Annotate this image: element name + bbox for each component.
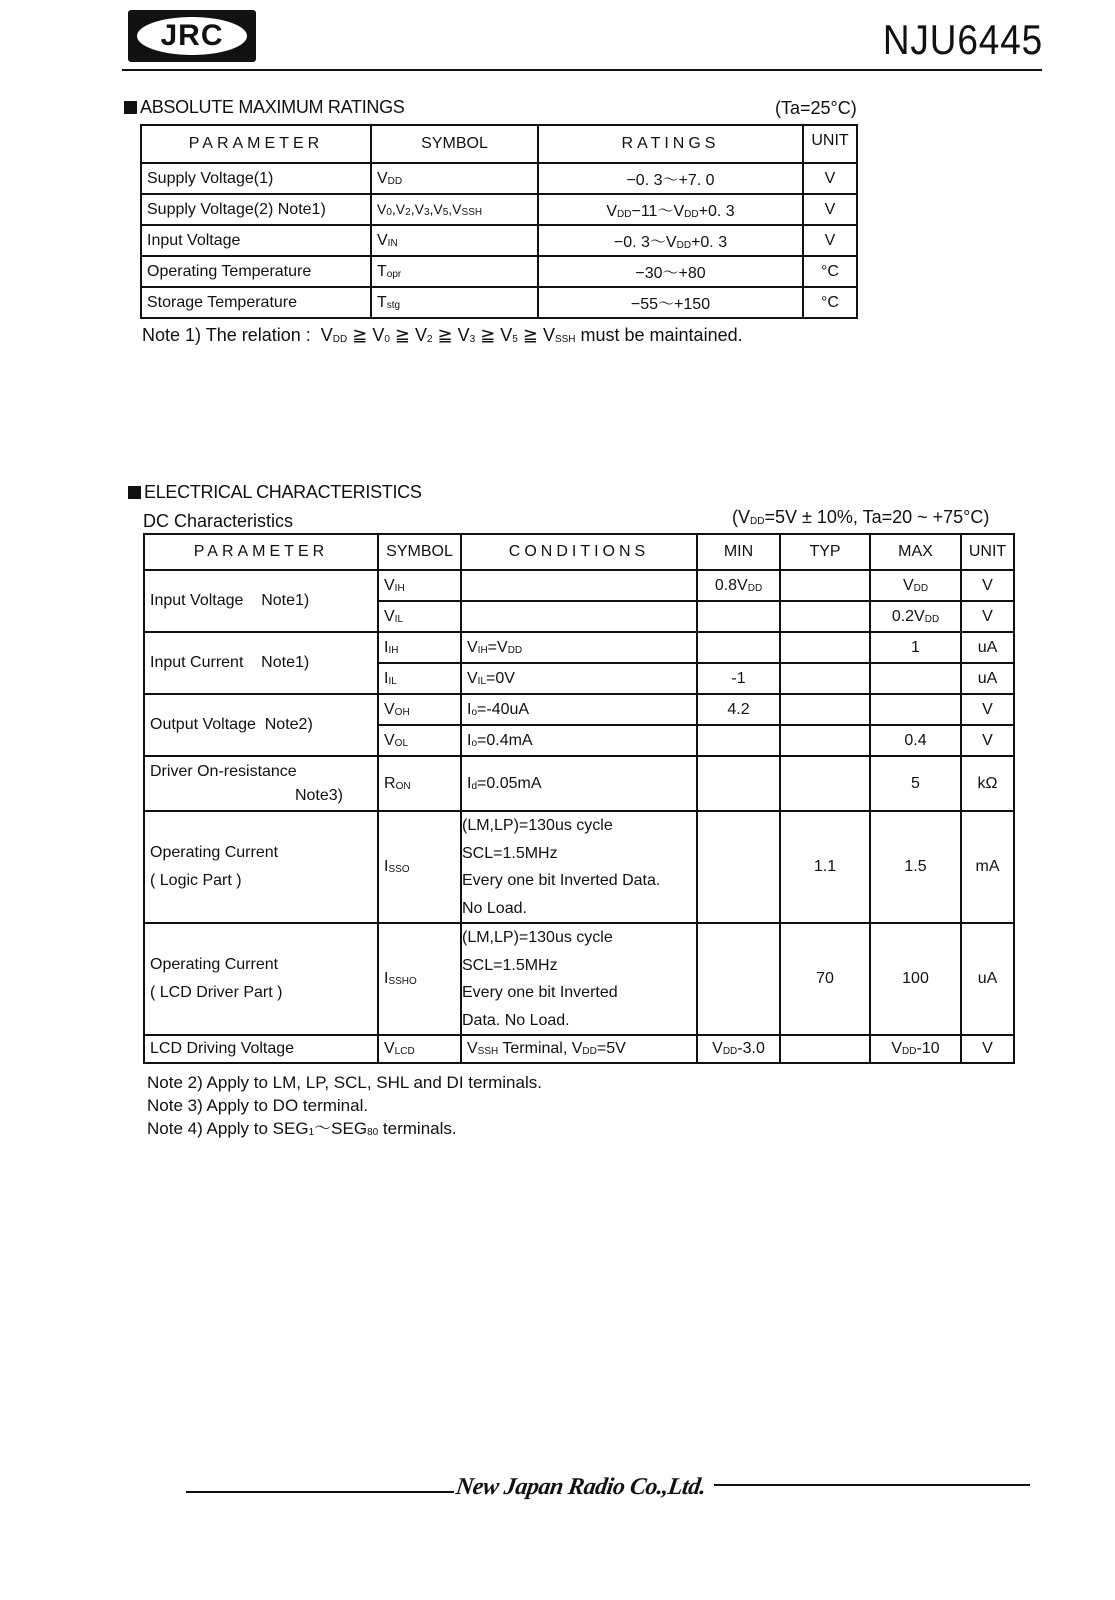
cell-min: 4.2 [697, 694, 780, 725]
cell-unit: uA [961, 632, 1014, 663]
cell-unit: V [961, 601, 1014, 632]
cell-unit: V [803, 225, 857, 256]
cell-max [870, 663, 961, 694]
col-header-max: MAX [870, 534, 961, 570]
condition-line: (LM,LP)=130us cycle [462, 924, 696, 952]
cell-typ [780, 570, 870, 601]
absolute-max-ratings-table: PARAMETER SYMBOL RATINGS UNIT Supply Vol… [140, 124, 858, 319]
cell-symbol: VDD [371, 163, 538, 194]
footer-rule-right [714, 1484, 1030, 1486]
amr-condition: (Ta=25°C) [775, 98, 857, 119]
cell-conditions [461, 601, 697, 632]
cell-conditions: (LM,LP)=130us cycle SCL=1.5MHz Every one… [461, 811, 697, 923]
ec-title-text: ELECTRICAL CHARACTERISTICS [144, 482, 422, 502]
cell-max: 0.2VDD [870, 601, 961, 632]
cell-ratings: −0. 3〜VDD+0. 3 [538, 225, 803, 256]
cell-unit: °C [803, 256, 857, 287]
cell-symbol: ISSO [378, 811, 461, 923]
table-row: Storage Temperature Tstg −55〜+150 °C [141, 287, 857, 318]
cell-conditions: VIH=VDD [461, 632, 697, 663]
condition-line: Every one bit Inverted [462, 979, 696, 1007]
cell-conditions [461, 570, 697, 601]
parameter-name: Driver On-resistance [150, 763, 377, 781]
cell-unit: mA [961, 811, 1014, 923]
col-header-conditions: CONDITIONS [461, 534, 697, 570]
cell-parameter: Driver On-resistance Note3) [144, 756, 378, 811]
cell-parameter: Input Voltage [141, 225, 371, 256]
jrc-logo: JRC [128, 10, 256, 62]
parameter-sub: ( Logic Part ) [150, 867, 377, 895]
parameter-name: Operating Current [150, 951, 377, 979]
cell-symbol: VIL [378, 601, 461, 632]
col-header-symbol: SYMBOL [371, 125, 538, 163]
cell-conditions: Io=-40uA [461, 694, 697, 725]
cell-unit: V [803, 163, 857, 194]
cell-ratings: −55〜+150 [538, 287, 803, 318]
ec-notes: Note 2) Apply to LM, LP, SCL, SHL and DI… [147, 1071, 542, 1144]
cell-typ [780, 725, 870, 756]
bullet-square-icon [124, 101, 137, 114]
ec-note-3: Note 3) Apply to DO terminal. [147, 1094, 542, 1117]
cell-ratings: VDD−11〜VDD+0. 3 [538, 194, 803, 225]
cell-min [697, 756, 780, 811]
cell-conditions: Io=0.4mA [461, 725, 697, 756]
col-header-parameter: PARAMETER [141, 125, 371, 163]
parameter-note: Note3) [150, 787, 377, 805]
cell-parameter: Operating Current ( Logic Part ) [144, 811, 378, 923]
cell-max: 5 [870, 756, 961, 811]
cell-typ: 1.1 [780, 811, 870, 923]
table-row: Supply Voltage(1) VDD −0. 3〜+7. 0 V [141, 163, 857, 194]
table-row: Input Current Note1) IIH VIH=VDD 1 uA [144, 632, 1014, 663]
cell-typ [780, 756, 870, 811]
cell-unit: V [961, 1035, 1014, 1063]
cell-symbol: V0,V2,V3,V5,VSSH [371, 194, 538, 225]
logo-text: JRC [160, 21, 223, 51]
table-row: LCD Driving Voltage VLCD VSSH Terminal, … [144, 1035, 1014, 1063]
condition-line: No Load. [462, 895, 696, 923]
condition-line: SCL=1.5MHz [462, 840, 696, 868]
col-header-unit: UNIT [961, 534, 1014, 570]
cell-parameter: Input Current Note1) [144, 632, 378, 694]
condition-line: Every one bit Inverted Data. [462, 867, 696, 895]
cell-typ [780, 1035, 870, 1063]
cell-min: 0.8VDD [697, 570, 780, 601]
cell-symbol: VIN [371, 225, 538, 256]
cell-symbol: IIH [378, 632, 461, 663]
condition-line: SCL=1.5MHz [462, 952, 696, 980]
cell-unit: kΩ [961, 756, 1014, 811]
amr-title: ABSOLUTE MAXIMUM RATINGS [124, 97, 405, 118]
col-header-unit: UNIT [803, 125, 857, 163]
cell-unit: °C [803, 287, 857, 318]
cell-max [870, 694, 961, 725]
cell-typ [780, 632, 870, 663]
cell-symbol: IIL [378, 663, 461, 694]
table-row: Supply Voltage(2) Note1) V0,V2,V3,V5,VSS… [141, 194, 857, 225]
cell-parameter: Storage Temperature [141, 287, 371, 318]
cell-ratings: −0. 3〜+7. 0 [538, 163, 803, 194]
cell-min [697, 923, 780, 1035]
cell-unit: uA [961, 663, 1014, 694]
cell-min: -1 [697, 663, 780, 694]
ec-condition: (VDD=5V ± 10%, Ta=20 ~ +75°C) [732, 507, 989, 528]
table-row: Input Voltage VIN −0. 3〜VDD+0. 3 V [141, 225, 857, 256]
parameter-name: Operating Current [150, 839, 377, 867]
cell-max: 0.4 [870, 725, 961, 756]
cell-symbol: VOL [378, 725, 461, 756]
table-header-row: PARAMETER SYMBOL CONDITIONS MIN TYP MAX … [144, 534, 1014, 570]
cell-parameter: Supply Voltage(1) [141, 163, 371, 194]
cell-min [697, 725, 780, 756]
cell-min [697, 811, 780, 923]
cell-max: VDD-10 [870, 1035, 961, 1063]
col-header-ratings: RATINGS [538, 125, 803, 163]
cell-unit: V [803, 194, 857, 225]
col-header-symbol: SYMBOL [378, 534, 461, 570]
cell-unit: uA [961, 923, 1014, 1035]
cell-conditions: VIL=0V [461, 663, 697, 694]
cell-max: 1 [870, 632, 961, 663]
table-row: Operating Current ( Logic Part ) ISSO (L… [144, 811, 1014, 923]
cell-unit: V [961, 694, 1014, 725]
amr-note-1: Note 1) The relation : VDD ≧ V0 ≧ V2 ≧ V… [142, 325, 743, 346]
footer-rule-left [186, 1491, 454, 1493]
cell-symbol: VIH [378, 570, 461, 601]
cell-typ [780, 694, 870, 725]
cell-min [697, 632, 780, 663]
cell-max: 100 [870, 923, 961, 1035]
condition-line: Data. No Load. [462, 1007, 696, 1035]
cell-symbol: VOH [378, 694, 461, 725]
cell-min: VDD-3.0 [697, 1035, 780, 1063]
cell-conditions: (LM,LP)=130us cycle SCL=1.5MHz Every one… [461, 923, 697, 1035]
cell-parameter: Input Voltage Note1) [144, 570, 378, 632]
header-divider [122, 69, 1042, 71]
table-row: Output Voltage Note2) VOH Io=-40uA 4.2 V [144, 694, 1014, 725]
cell-typ [780, 663, 870, 694]
cell-symbol: ISSHO [378, 923, 461, 1035]
ec-title: ELECTRICAL CHARACTERISTICS [128, 482, 422, 503]
table-row: Operating Temperature Topr −30〜+80 °C [141, 256, 857, 287]
cell-parameter: Supply Voltage(2) Note1) [141, 194, 371, 225]
table-row: Operating Current ( LCD Driver Part ) IS… [144, 923, 1014, 1035]
cell-symbol: Topr [371, 256, 538, 287]
cell-ratings: −30〜+80 [538, 256, 803, 287]
table-row: Driver On-resistance Note3) RON Id=0.05m… [144, 756, 1014, 811]
part-number: NJU6445 [883, 16, 1043, 64]
table-header-row: PARAMETER SYMBOL RATINGS UNIT [141, 125, 857, 163]
amr-title-text: ABSOLUTE MAXIMUM RATINGS [140, 97, 405, 117]
cell-parameter: LCD Driving Voltage [144, 1035, 378, 1063]
cell-max: VDD [870, 570, 961, 601]
cell-symbol: RON [378, 756, 461, 811]
cell-parameter: Output Voltage Note2) [144, 694, 378, 756]
cell-conditions: VSSH Terminal, VDD=5V [461, 1035, 697, 1063]
ec-note-2: Note 2) Apply to LM, LP, SCL, SHL and DI… [147, 1071, 542, 1094]
cell-symbol: VLCD [378, 1035, 461, 1063]
condition-line: (LM,LP)=130us cycle [462, 812, 696, 840]
bullet-square-icon [128, 486, 141, 499]
footer-brand: New Japan Radio Co.,Ltd. [454, 1474, 707, 1501]
col-header-typ: TYP [780, 534, 870, 570]
dc-characteristics-table: PARAMETER SYMBOL CONDITIONS MIN TYP MAX … [143, 533, 1015, 1064]
col-header-min: MIN [697, 534, 780, 570]
cell-typ [780, 601, 870, 632]
col-header-parameter: PARAMETER [144, 534, 378, 570]
cell-symbol: Tstg [371, 287, 538, 318]
ec-note-4: Note 4) Apply to SEG1〜SEG80 terminals. [147, 1117, 542, 1144]
cell-min [697, 601, 780, 632]
cell-unit: V [961, 725, 1014, 756]
logo-oval: JRC [137, 17, 247, 55]
cell-parameter: Operating Current ( LCD Driver Part ) [144, 923, 378, 1035]
cell-conditions: Id=0.05mA [461, 756, 697, 811]
cell-unit: V [961, 570, 1014, 601]
parameter-sub: ( LCD Driver Part ) [150, 979, 377, 1007]
cell-max: 1.5 [870, 811, 961, 923]
cell-parameter: Operating Temperature [141, 256, 371, 287]
cell-typ: 70 [780, 923, 870, 1035]
table-row: Input Voltage Note1) VIH 0.8VDD VDD V [144, 570, 1014, 601]
dc-subtitle: DC Characteristics [143, 511, 293, 532]
